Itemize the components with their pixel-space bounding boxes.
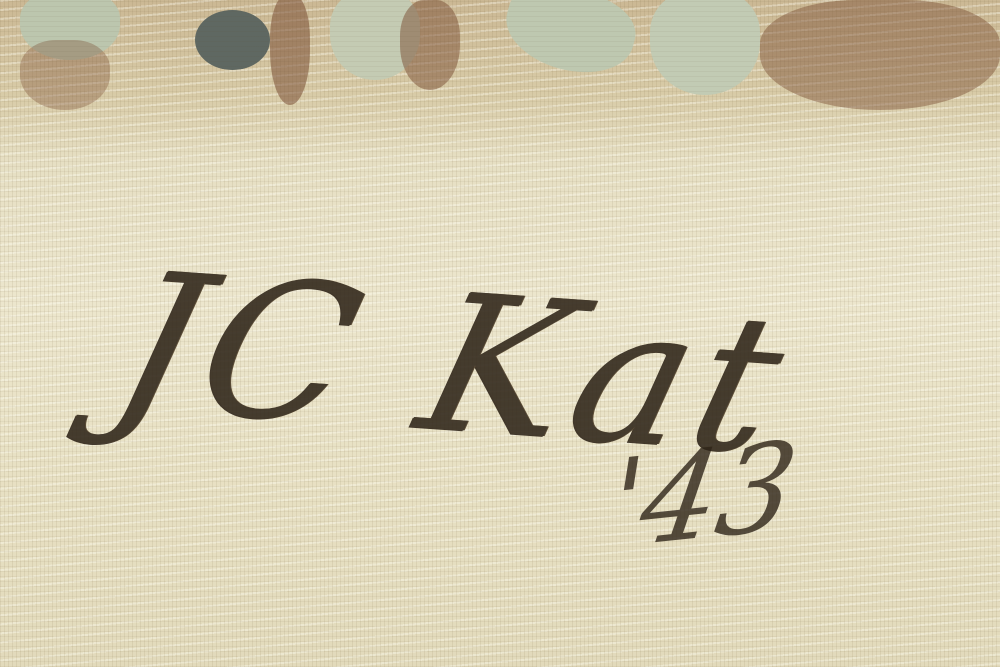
slate-stroke: [195, 10, 270, 70]
signature-date: '43: [600, 426, 804, 568]
brown-stroke: [20, 40, 110, 110]
brown-stroke: [400, 0, 460, 90]
brown-stroke: [270, 0, 310, 105]
sage-stroke: [650, 0, 760, 95]
sage-stroke: [497, 0, 643, 85]
painting-canvas: JC Kat '43: [0, 0, 1000, 667]
brown-stroke: [760, 0, 1000, 110]
background-brushstrokes: [0, 0, 1000, 140]
